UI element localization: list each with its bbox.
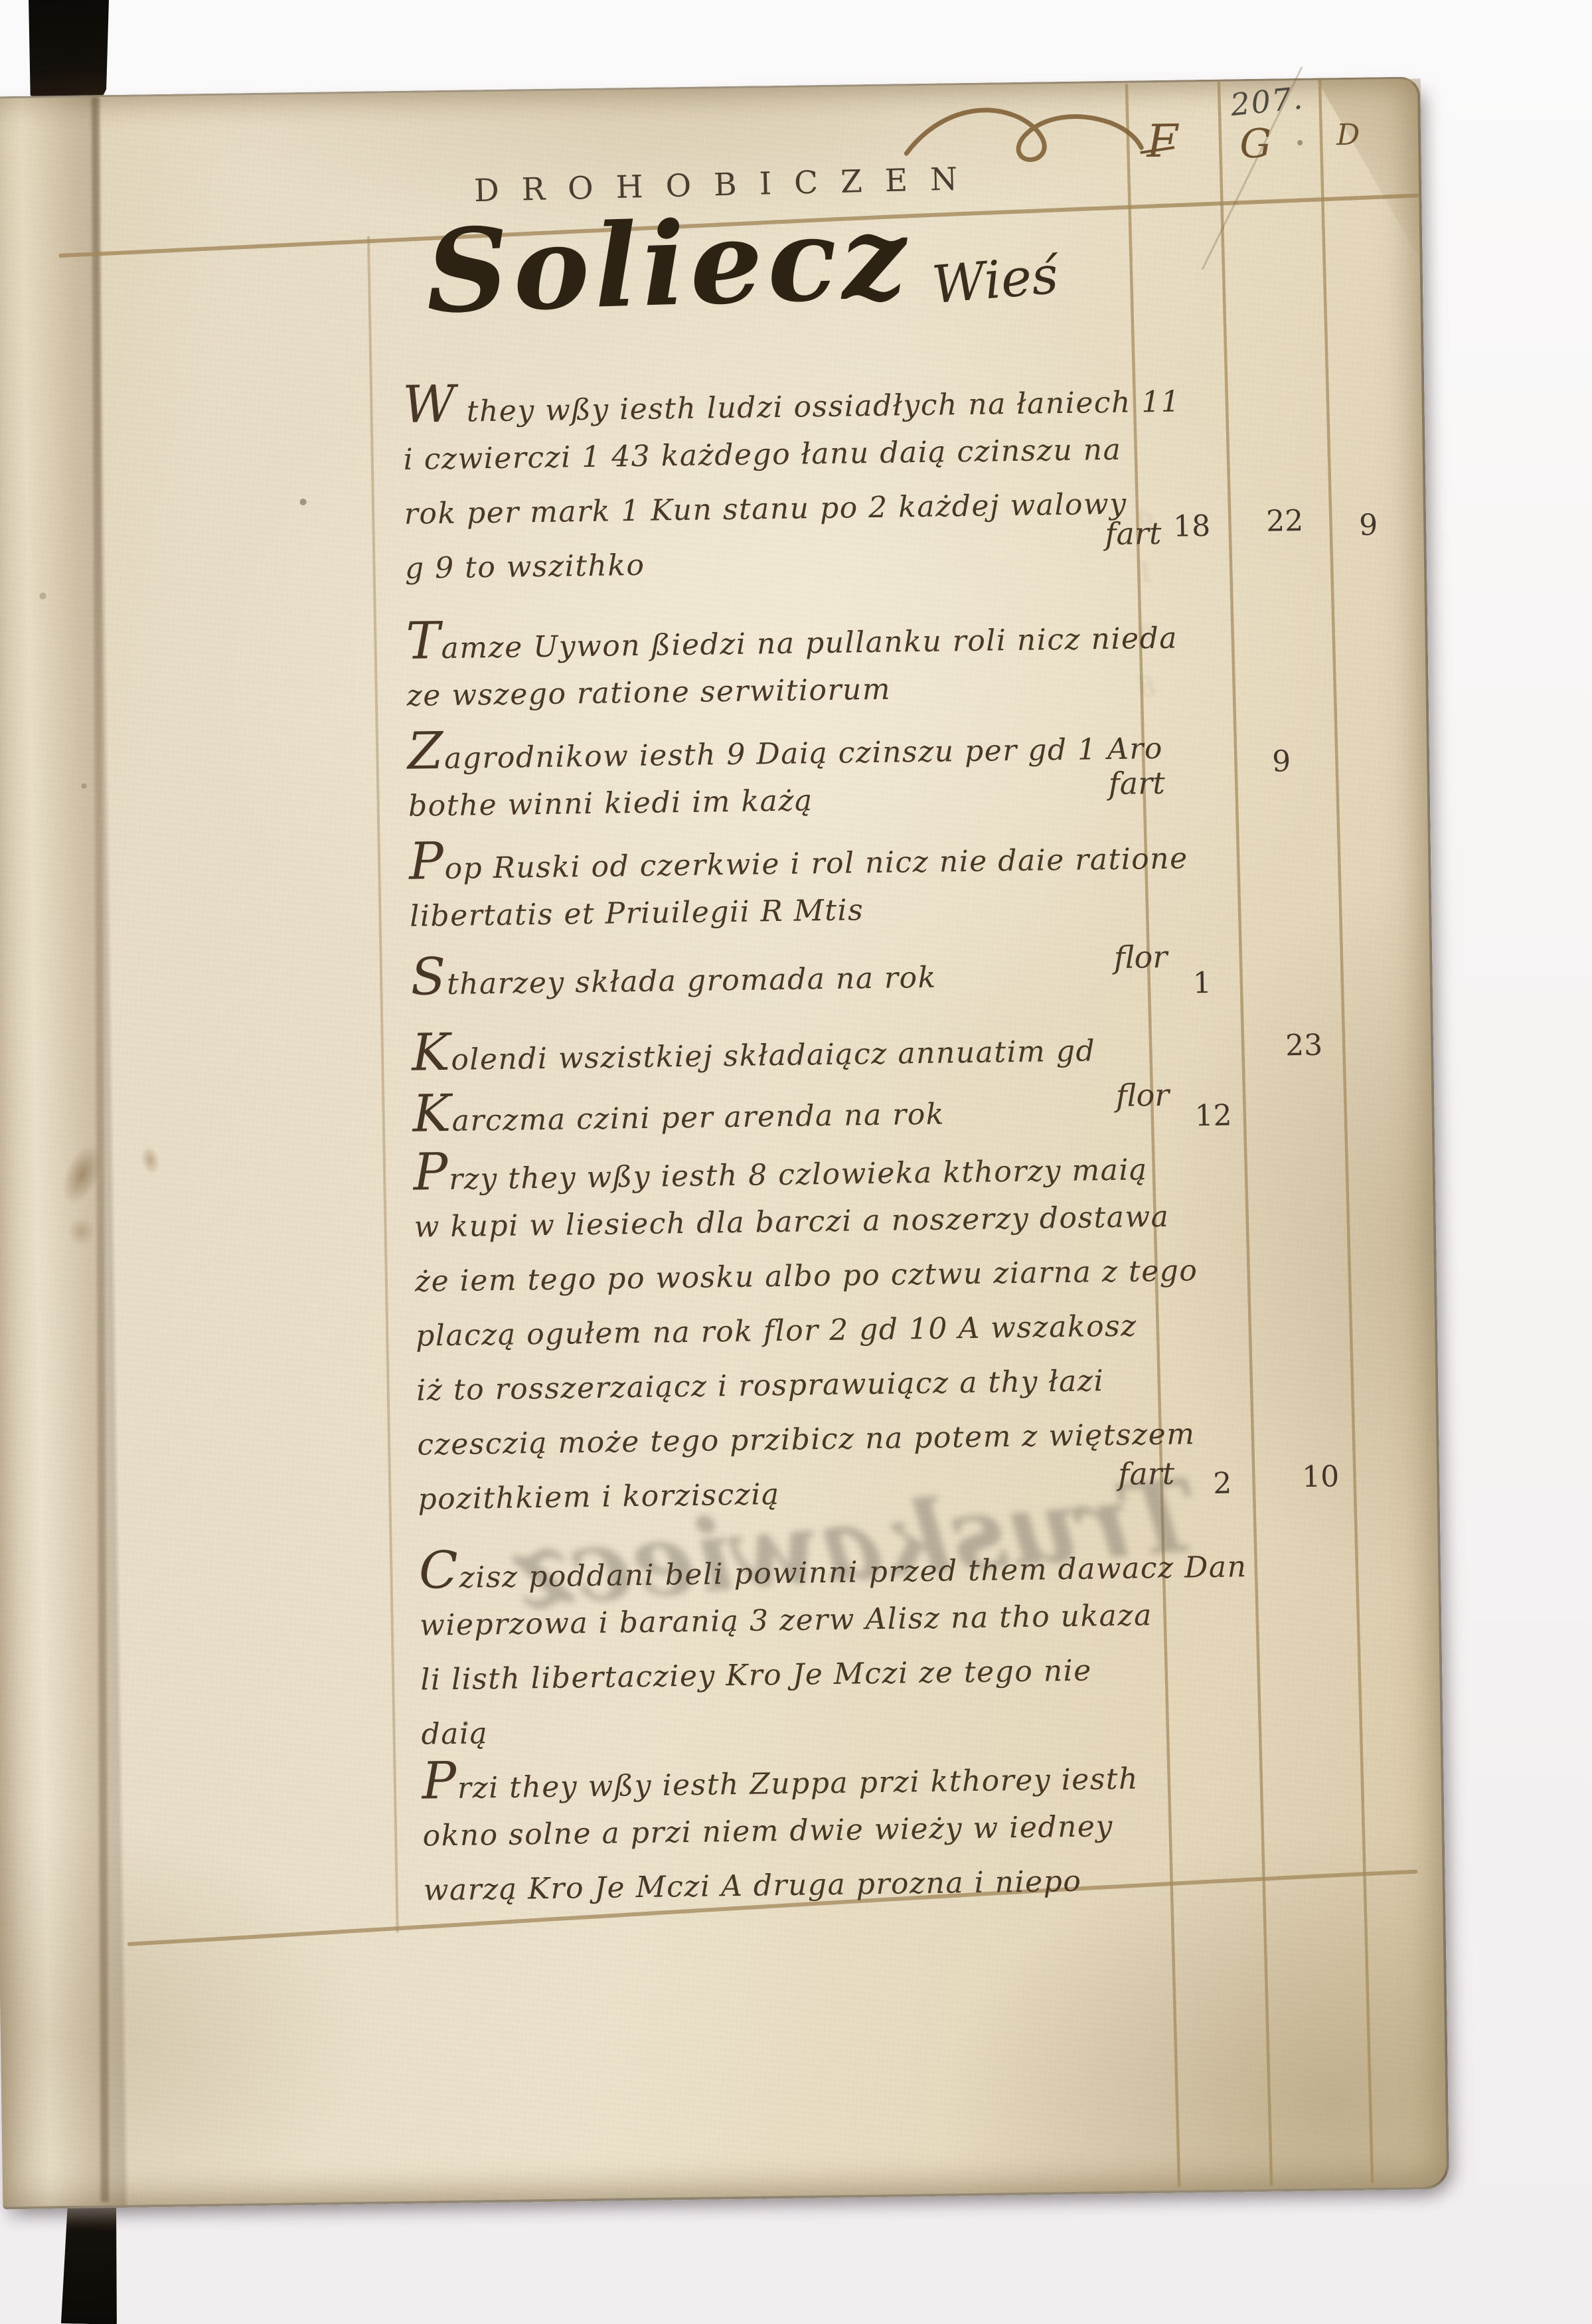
paragraph-zagrodnicy: Zagrodnikow iesth 9 Daią czinszu per gd … — [407, 714, 1172, 834]
margin-value-g: 22 — [1266, 504, 1304, 539]
manuscript-line: Przy they wßy iesth 8 czlowieka kthorzy … — [413, 1135, 1177, 1201]
manuscript-line: rok per mark 1 Kun stanu po 2 każdej wal… — [404, 477, 1168, 542]
paraph-flourish-icon — [900, 93, 1154, 171]
value-label: flor — [1081, 1077, 1170, 1114]
paragraph-karczma: Karczma czini per arenda na rok — [412, 1077, 1176, 1142]
manuscript-line: że iem tego po wosku albo po cztwu ziarn… — [414, 1244, 1178, 1309]
scanned-manuscript: Truskawiecz a 1 o 8 207. F G D DROHOBICZ… — [0, 0, 1592, 2324]
paragraph-starzey: Stharzey składa gromada na rok — [410, 940, 1174, 1005]
manuscript-line: wieprzowa i baranią 3 zerw Alisz na tho … — [420, 1588, 1184, 1653]
manuscript-line: pozithkiem i korzisczią — [418, 1462, 1182, 1527]
village-title: Soliecz — [424, 189, 913, 339]
village-title-annotation: Wieś — [930, 246, 1061, 316]
manuscript-line: g 9 to wszithko — [404, 531, 1168, 596]
archive-page-number: 207. — [1229, 80, 1305, 123]
manuscript-line: iż to rosszerzaiącz i rosprawuiącz a thy… — [416, 1353, 1180, 1418]
manuscript-line: Karczma czini per arenda na rok — [412, 1077, 1176, 1142]
margin-value-g: 9 — [1272, 744, 1291, 778]
manuscript-line: Przi they wßy iesth Zuppa przi kthorey i… — [422, 1744, 1186, 1809]
manuscript-page: Truskawiecz a 1 o 8 207. F G D DROHOBICZ… — [0, 76, 1449, 2209]
manuscript-line: czesczią może tego przibicz na potem z w… — [417, 1408, 1181, 1473]
manuscript-line: bothe winni kiedi im każą — [408, 769, 1172, 834]
value-label: flor — [1079, 939, 1168, 976]
paragraph-pop-ruski: Pop Ruski od czerkwie i rol nicz nie dai… — [409, 825, 1174, 944]
margin-value-f: 12 — [1194, 1099, 1232, 1133]
manuscript-line: Zagrodnikow iesth 9 Daią czinszu per gd … — [407, 714, 1171, 780]
manuscript-line: i czwierczi 1 43 każdego łanu daią czins… — [403, 422, 1167, 487]
manuscript-line: W they wßy iesth ludzi ossiadłych na łan… — [402, 368, 1166, 433]
manuscript-line: ze wszego ratione serwitiorum — [406, 659, 1170, 724]
margin-value-f: 1 — [1192, 966, 1212, 1000]
manuscript-line: Czisz poddani beli powinni przed them da… — [419, 1534, 1183, 1599]
manuscript-line: okno solne a przi niem dwie wieży w iedn… — [422, 1799, 1186, 1864]
margin-value-f: 2 — [1213, 1467, 1232, 1501]
manuscript-line: li listh libertacziey Kro Je Mczi ze teg… — [420, 1643, 1184, 1708]
margin-value-g: 23 — [1285, 1029, 1323, 1063]
manuscript-line: Stharzey składa gromada na rok — [410, 940, 1174, 1005]
paragraph-dan-wieprzowa: Czisz poddani beli powinni przed them da… — [419, 1534, 1185, 1762]
manuscript-line: warzą Kro Je Mczi A druga prozna i niepo — [423, 1853, 1187, 1918]
paragraph-osiadli: W they wßy iesth ludzi ossiadłych na łan… — [402, 368, 1168, 596]
value-label: fart — [1077, 765, 1165, 802]
margin-value-f: 18 — [1173, 509, 1211, 544]
paragraph-kolendy: Kolendi wszistkiej składaiącz annuatim g… — [412, 1016, 1176, 1081]
margin-value-d: 9 — [1359, 508, 1378, 542]
column-letter-f: F — [1147, 116, 1178, 169]
margin-value-g: 10 — [1302, 1459, 1340, 1494]
manuscript-line: libertatis et Priuilegii R Mtis — [410, 879, 1174, 944]
manuscript-line: w kupi w liesiech dla barczi a noszerzy … — [414, 1190, 1178, 1255]
paragraph-bartnicy: Przy they wßy iesth 8 czlowieka kthorzy … — [413, 1135, 1182, 1527]
book-ribbon-bottom — [61, 2191, 119, 2324]
value-label: fart — [1087, 1455, 1175, 1493]
manuscript-line: Kolendi wszistkiej składaiącz annuatim g… — [412, 1016, 1176, 1081]
column-letter-g: G — [1239, 121, 1272, 168]
paragraph-uywon: Tamze Uywon ßiedzi na pullanku roli nicz… — [406, 604, 1170, 724]
manuscript-line: Tamze Uywon ßiedzi na pullanku roli nicz… — [406, 604, 1170, 669]
manuscript-line: Pop Ruski od czerkwie i rol nicz nie dai… — [409, 825, 1173, 890]
paragraph-zuppa: Przi they wßy iesth Zuppa przi kthorey i… — [422, 1744, 1187, 1918]
manuscript-line: placzą ogułem na rok flor 2 gd 10 A wsza… — [416, 1299, 1180, 1364]
value-label: fart — [1074, 515, 1162, 552]
column-letter-d: D — [1336, 118, 1360, 152]
